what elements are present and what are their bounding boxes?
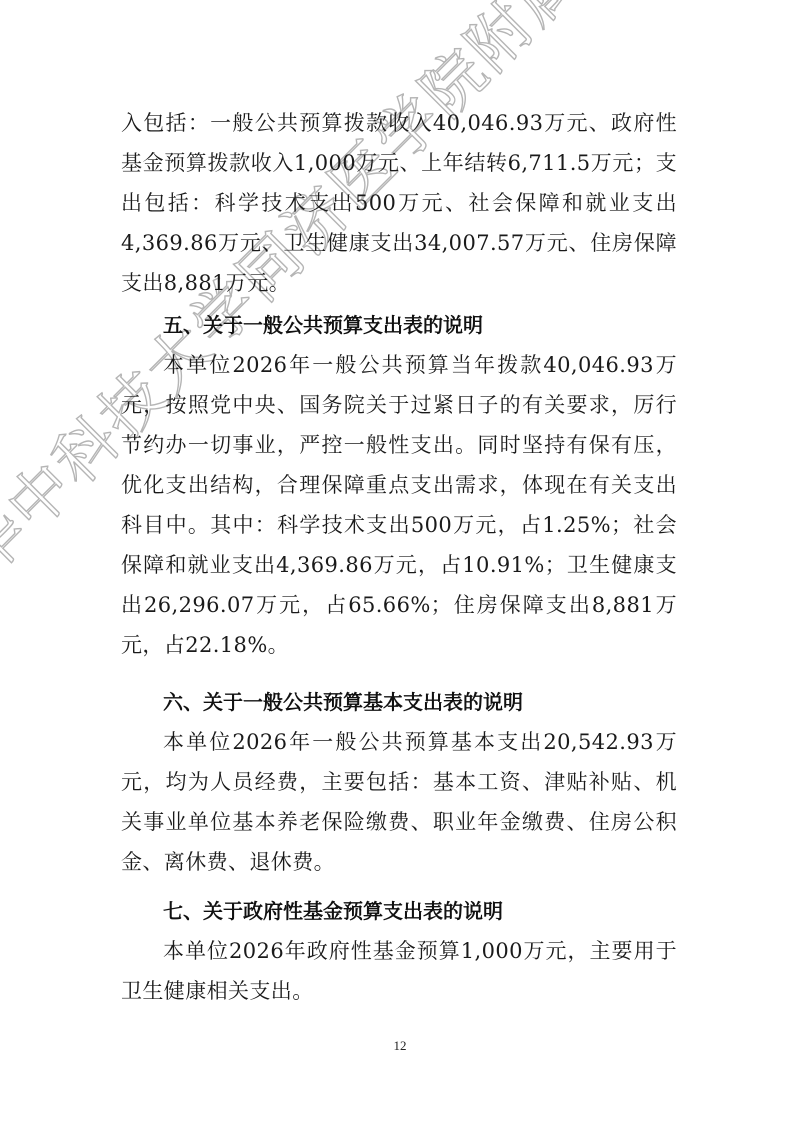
section-heading-6: 六、关于一般公共预算基本支出表的说明 <box>121 682 677 722</box>
page-number: 12 <box>0 1038 800 1054</box>
section-heading-5: 五、关于一般公共预算支出表的说明 <box>121 305 677 345</box>
paragraph-basic-expenditure: 本单位2026年一般公共预算基本支出20,542.93万元，均为人员经费，主要包… <box>121 722 677 882</box>
page-content: 入包括：一般公共预算拨款收入40,046.93万元、政府性基金预算拨款收入1,0… <box>121 103 677 1011</box>
paragraph-general-public-budget-expenditure: 本单位2026年一般公共预算当年拨款40,046.93万元，按照党中央、国务院关… <box>121 345 677 665</box>
paragraph-government-fund-budget: 本单位2026年政府性基金预算1,000万元，主要用于卫生健康相关支出。 <box>121 931 677 1011</box>
section-heading-7: 七、关于政府性基金预算支出表的说明 <box>121 891 677 931</box>
document-page: 华中科技大学同济医学院附属同济医院 入包括：一般公共预算拨款收入40,046.9… <box>0 0 800 1131</box>
paragraph-income-expenditure-summary: 入包括：一般公共预算拨款收入40,046.93万元、政府性基金预算拨款收入1,0… <box>121 103 677 303</box>
